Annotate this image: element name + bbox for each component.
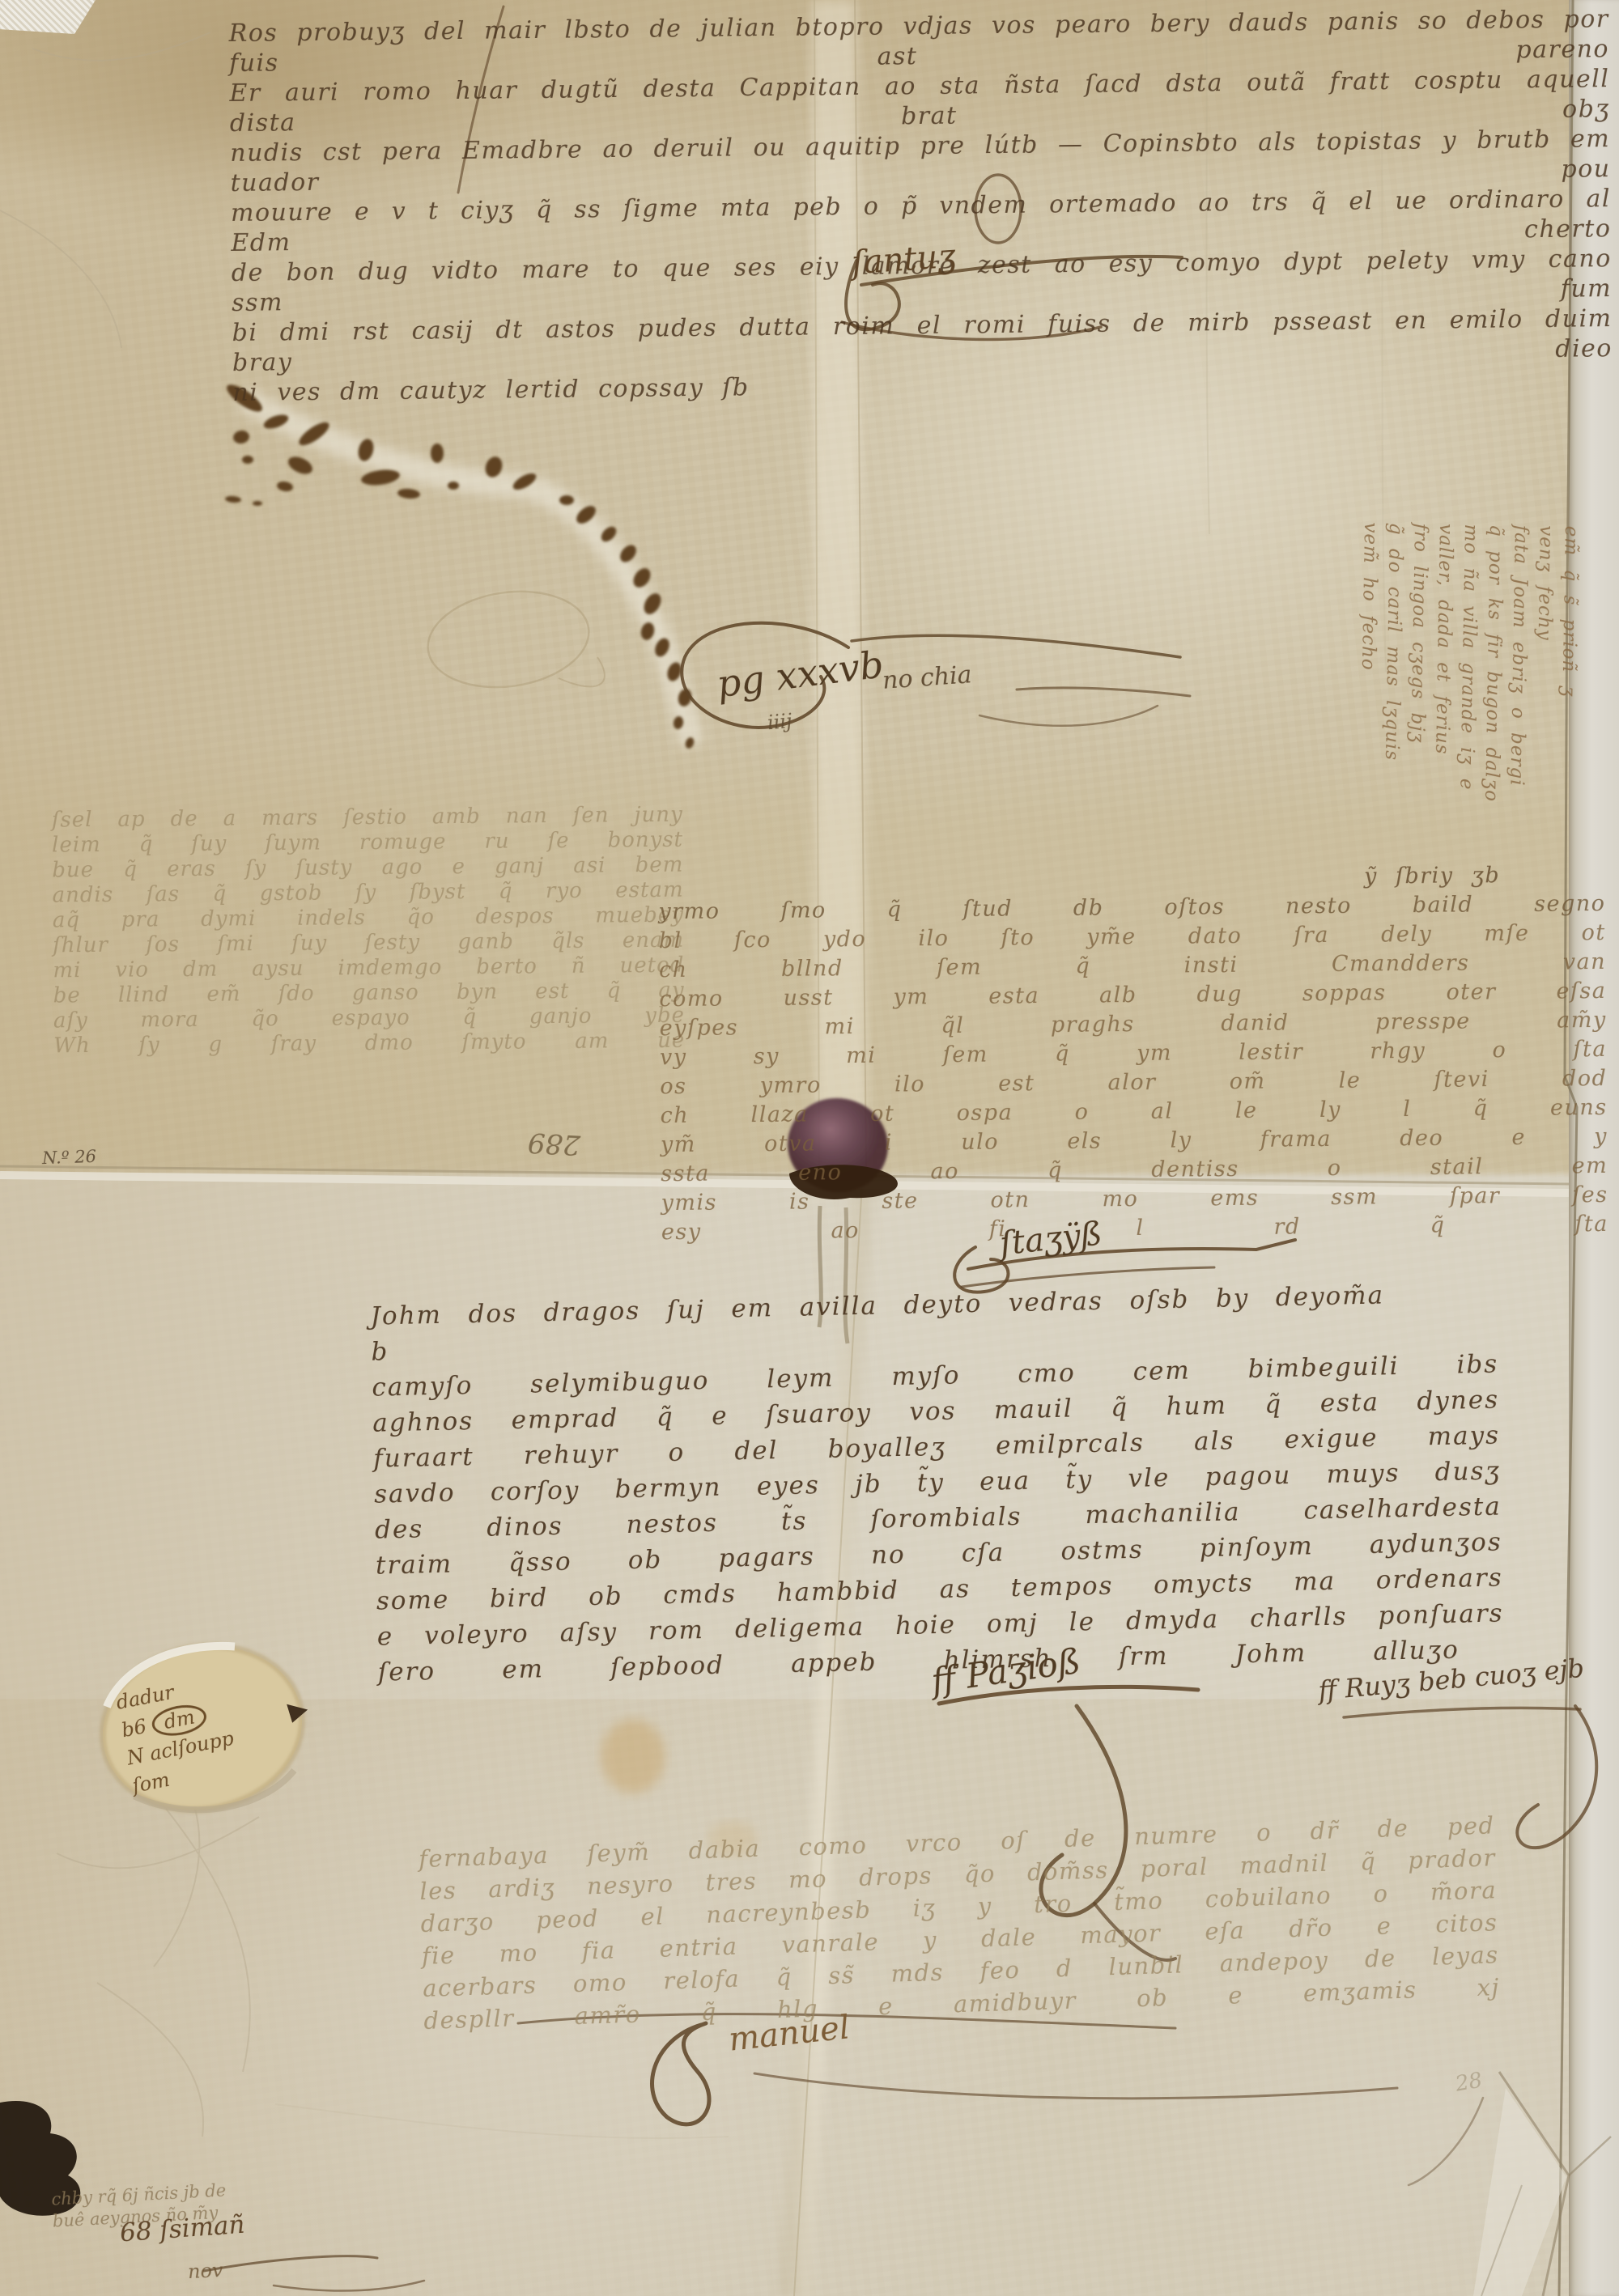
worm-hole-trail — [223, 380, 696, 750]
hole-word: b6 — [120, 1715, 148, 1742]
yellow-stain — [601, 1719, 665, 1793]
pencil-mark: 28 — [1454, 2068, 1485, 2096]
left-middle-text-block: ſsel ap de a mars ſestio amb nan ſen jun… — [52, 803, 686, 1059]
inverted-folio-number: 289 — [527, 1126, 581, 1161]
faint-circle-impression — [422, 582, 605, 698]
right-middle-text-block: ỹ ſbriy ʒbyrmo ſmo q̃ ſtud db oſtos nest… — [658, 860, 1608, 1247]
main-text-block: Johm dos dragos ſuj em avilla deyto vedr… — [370, 1275, 1505, 1690]
bottom-text-block: fernabaya ſeym̃ dabia como vrco oſ de nu… — [419, 1809, 1501, 2037]
top-signature: ſantuʒ — [851, 238, 958, 282]
archival-number: N.º 26 — [42, 1147, 97, 1168]
bottom-left-sub: nov — [187, 2259, 223, 2283]
crumpled-corner — [1473, 2072, 1611, 2296]
top-text-block: Ros probuyʒ del mair lbsto de julian bto… — [229, 4, 1613, 408]
page-mark-small: iiij — [767, 710, 793, 735]
rotated-margin-note: em̃ q̃ s̃ prioñ ʒvenʒ fechyfata Joam ebr… — [1351, 522, 1583, 910]
